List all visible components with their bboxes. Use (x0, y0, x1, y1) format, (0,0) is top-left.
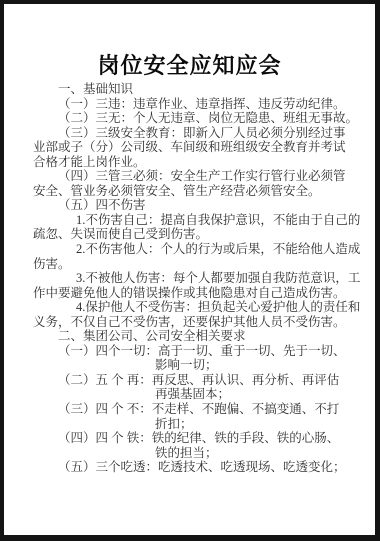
document-title: 岗位安全应知应会 (4, 50, 375, 82)
document-line: 影响一切； (33, 358, 369, 373)
document-line: 义务，不仅自己不受伤害，还要保护其他人员不受伤害。 (33, 315, 369, 330)
document-line: 疏忽、失误而使自己受到伤害。 (33, 227, 369, 242)
document-line: 折扣； (33, 417, 369, 432)
document-line: （二）三无：个人无违章、岗位无隐患、班组无事故。 (33, 111, 369, 126)
document-line: （五）三个吃透：吃透技术、吃透现场、吃透变化； (33, 460, 369, 475)
document-line: 4.保护他人不受伤害：担负起关心爱护他人的责任和 (33, 300, 369, 315)
document-line: 3.不被他人伤害：每个人都要加强自我防范意识，工 (33, 271, 369, 286)
document-line: 1.不伤害自己：提高自我保护意识，不能由于自己的 (33, 213, 369, 228)
document-line: 一、基础知识 (33, 82, 369, 97)
document-line: 铁的担当； (33, 446, 369, 461)
document-line: 业部或子（分）公司级、车间级和班组级安全教育并考试 (33, 140, 369, 155)
document-line: 作中要避免他人的错误操作或其他隐患对自己造成伤害。 (33, 286, 369, 301)
document-line: （二）五 个 再：再反思、再认识、再分析、再评估 (33, 373, 369, 388)
document-line: 合格才能上岗作业。 (33, 155, 369, 170)
document-line: （一）三违：违章作业、违章指挥、违反劳动纪律。 (33, 97, 369, 112)
document-body: 一、基础知识（一）三违：违章作业、违章指挥、违反劳动纪律。（二）三无：个人无违章… (4, 82, 375, 475)
document-line: （三）三级安全教育：即新入厂人员必须分别经过事 (33, 126, 369, 141)
document-line: 2.不伤害他人：个人的行为或后果，不能给他人造成 (33, 242, 369, 257)
document-line: （一）四个一切：高于一切、重于一切、先于一切、 (33, 344, 369, 359)
document-page: 岗位安全应知应会 一、基础知识（一）三违：违章作业、违章指挥、违反劳动纪律。（二… (0, 0, 380, 541)
document-line: 二、集团公司、公司安全相关要求 (33, 329, 369, 344)
document-line: （四）四 个 铁：铁的纪律、铁的手段、铁的心肠、 (33, 431, 369, 446)
document-line: 安全、管业务必须管安全、管生产经营必须管安全。 (33, 184, 369, 199)
document-line: （三）四 个 不：不走样、不跑偏、不搞变通、不打 (33, 402, 369, 417)
document-line: （五）四不伤害 (33, 198, 369, 213)
document-line: （四）三管三必须：安全生产工作实行管行业必须管 (33, 169, 369, 184)
document-line: 再强基固本； (33, 387, 369, 402)
document-line: 伤害。 (33, 257, 369, 272)
